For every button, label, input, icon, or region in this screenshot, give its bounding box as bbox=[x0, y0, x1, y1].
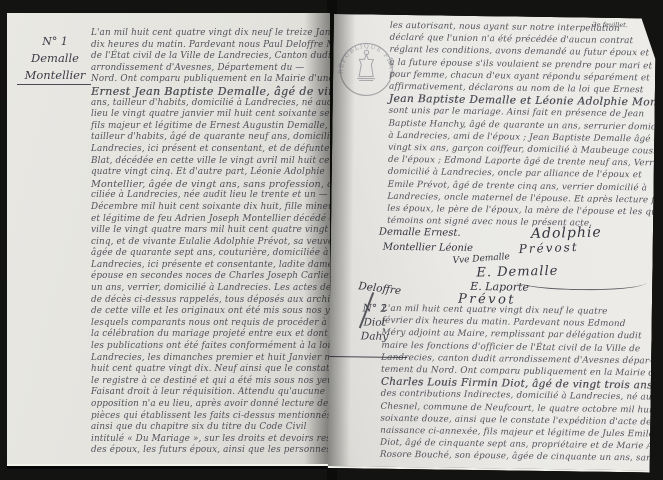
handwriting-line: ville le vingt quatre mars mil huit cent… bbox=[91, 225, 327, 237]
handwriting-line: intitulé « Du Mariage », sur les droits … bbox=[91, 434, 327, 446]
registry-photo: N° 1 Demalle Montellier L'an mil huit ce… bbox=[0, 0, 663, 480]
handwriting-line: Landrecies, les dimanches premier et hui… bbox=[91, 353, 327, 365]
handwriting-line: âgée de quarante sept ans, couturière, d… bbox=[91, 248, 327, 260]
handwriting-line: épouse en secondes noces de Charles Jose… bbox=[91, 271, 327, 283]
handwriting-line: ainsi que du chapitre six du titre du Co… bbox=[91, 422, 327, 434]
act1-number: N° 1 bbox=[19, 35, 91, 48]
signature: Prévost bbox=[519, 240, 579, 256]
handwriting-line: Montellier, âgée de vingt ans, sans prof… bbox=[91, 179, 327, 191]
handwriting-line: lieu le vingt quatre janvier mil huit ce… bbox=[91, 109, 327, 121]
left-page: N° 1 Demalle Montellier L'an mil huit ce… bbox=[7, 13, 330, 466]
handwriting-line: Faisant droit à leur réquisition. Attend… bbox=[91, 387, 327, 399]
handwriting-line: lesquels comparants nous ont requis de p… bbox=[91, 318, 327, 330]
handwriting-line: ciliée à Landrecies, née audit lieu le t… bbox=[91, 190, 327, 202]
handwriting-line: et légitime de feu Adrien Joseph Montell… bbox=[91, 214, 327, 226]
handwriting-line: de cette ville et les originaux ont été … bbox=[91, 306, 327, 318]
handwriting-line: pièces qui établissent les faits ci-dess… bbox=[91, 411, 327, 423]
handwriting-line: la célébration du mariage projeté entre … bbox=[91, 329, 327, 341]
handwriting-line: Ernest Jean Baptiste Demalle, âgé de vin… bbox=[91, 86, 327, 98]
act1-bride-name: Montellier bbox=[19, 68, 91, 82]
handwriting-line: Blat, décédée en cette ville le vingt av… bbox=[91, 156, 327, 168]
republique-francaise-stamp: RÉPUBLIQUE FRANÇAISE bbox=[336, 38, 397, 101]
signature: Montellier Léonie bbox=[383, 242, 473, 254]
act1-signature-block: Demalle Ernest.Montellier LéonieAdolphie… bbox=[330, 222, 653, 310]
handwriting-line: Landrecies, ici présent et consentant, e… bbox=[91, 144, 327, 156]
handwriting-line: cinq, et de vivante Eulalie Adolphie Pré… bbox=[91, 237, 327, 249]
act1-body-text: L'an mil huit cent quatre vingt dix neuf… bbox=[91, 28, 327, 457]
act2-body-text: L'an mil huit cent quatre vingt dix neuf… bbox=[380, 303, 648, 465]
signature: E. Demalle bbox=[476, 264, 558, 281]
handwriting-line: Landrecies, ici présente et consentante,… bbox=[91, 260, 327, 272]
handwriting-line: opposition n'a eu lieu, après avoir donn… bbox=[91, 399, 327, 411]
signature: Deloffre bbox=[358, 280, 402, 297]
handwriting-line: arrondissement d'Avesnes, Département du… bbox=[91, 63, 327, 75]
handwriting-line: tailleur d'habits, âgé de quarante neuf … bbox=[91, 132, 327, 144]
act1-continuation-text: les autorisant, nous ayant sur notre int… bbox=[387, 20, 652, 231]
handwriting-line: de décès ci-dessus rappelés, tous déposé… bbox=[91, 295, 327, 307]
signature: Demalle Ernest. bbox=[379, 227, 461, 239]
handwriting-line: de l'État civil de la Ville de Landrecie… bbox=[91, 51, 327, 63]
margin-underline bbox=[17, 84, 91, 85]
handwriting-line: des époux, les futurs époux, ainsi que l… bbox=[91, 445, 327, 457]
handwriting-line: L'an mil huit cent quatre vingt dix neuf… bbox=[91, 28, 327, 40]
handwriting-line: le registre à ce destiné et qui a été mi… bbox=[91, 376, 327, 388]
handwriting-line: un ans, verrier, domicilié à Landrecies.… bbox=[91, 283, 327, 295]
handwriting-line: Rosore Bouché, son épouse, âgée de cinqu… bbox=[380, 449, 646, 465]
marianne-figure bbox=[357, 50, 375, 80]
act1-margin-annotation: N° 1 Demalle Montellier bbox=[19, 35, 91, 82]
right-page: 2e feuillet. RÉPUBLIQUE FRANÇAISE les au… bbox=[328, 14, 656, 472]
handwriting-line: ans, tailleur d'habits, domicilié à Land… bbox=[91, 98, 327, 110]
handwriting-line: les publications ont été faites conformé… bbox=[91, 341, 327, 353]
handwriting-line: quatre vingt cinq. Et d'autre part, Léon… bbox=[91, 167, 327, 179]
act1-groom-name: Demalle bbox=[19, 51, 91, 65]
handwriting-line: Décembre mil huit cent soixante dix huit… bbox=[91, 202, 327, 214]
handwriting-line: huit cent quatre vingt dix. Neuf ainsi q… bbox=[91, 364, 327, 376]
handwriting-line: fils majeur et légitime de Ernest August… bbox=[91, 121, 327, 133]
handwriting-line: dix heures du matin. Pardevant nous Paul… bbox=[91, 40, 327, 52]
